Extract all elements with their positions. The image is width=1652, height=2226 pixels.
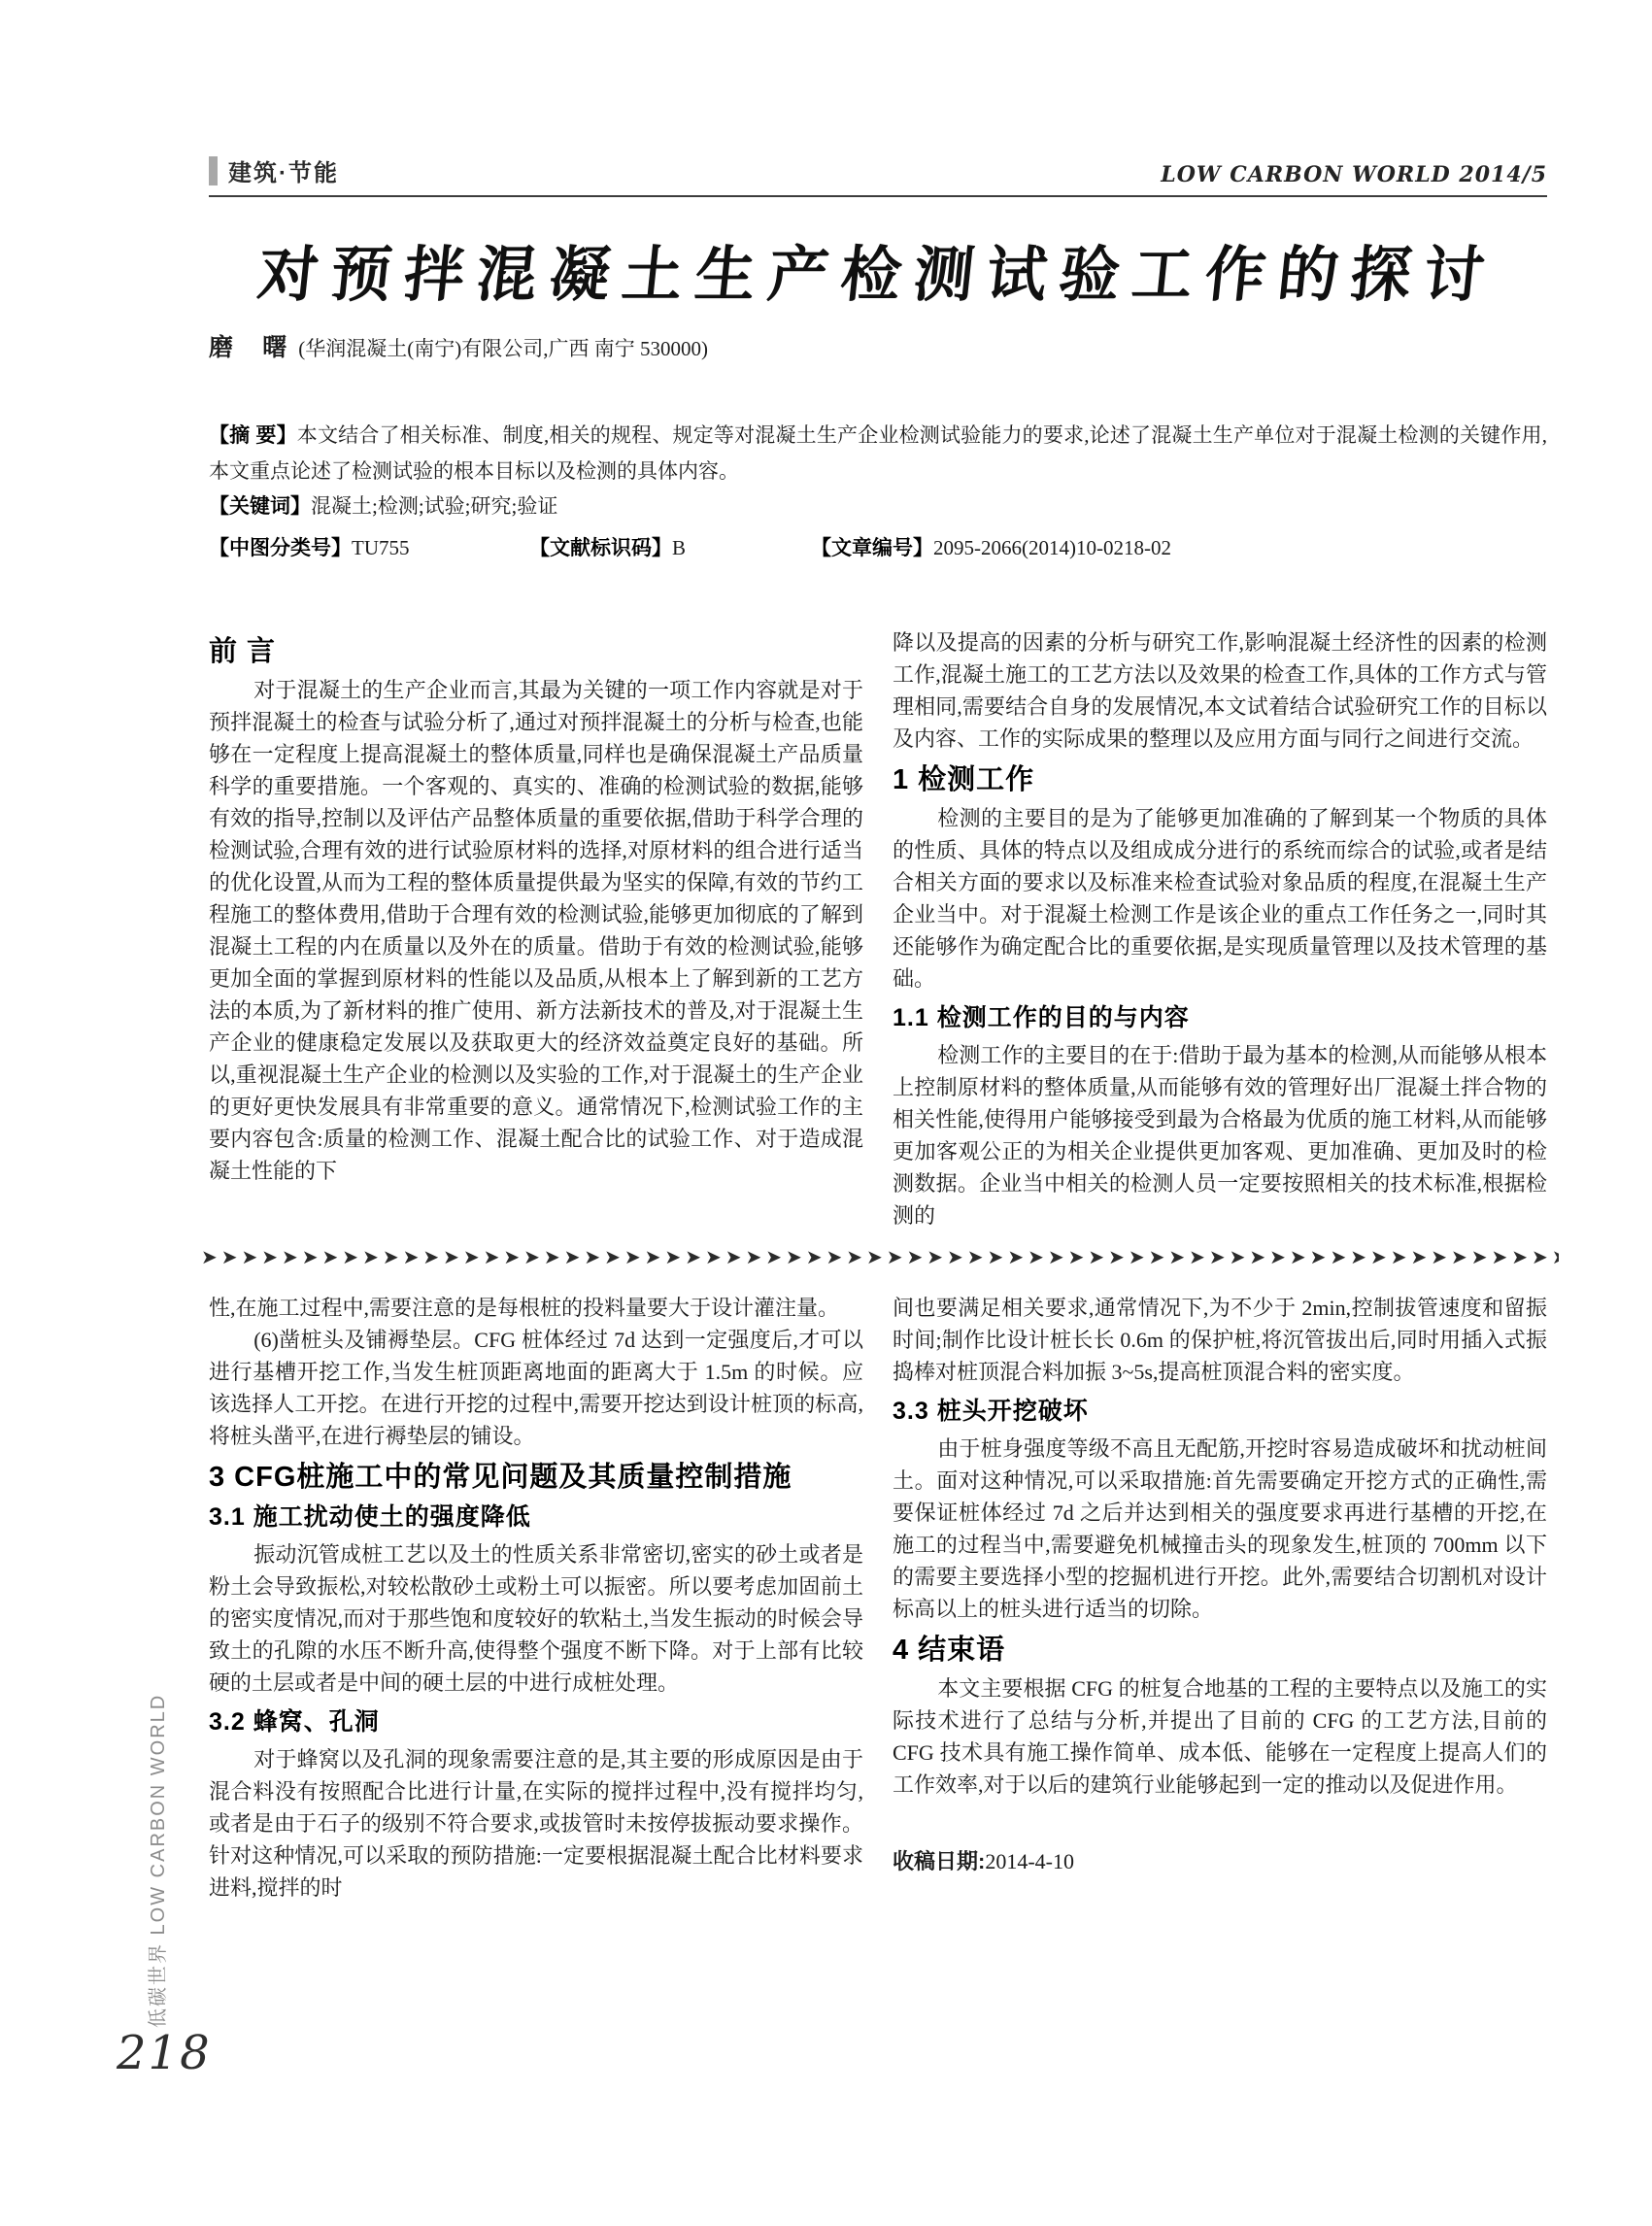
subsection-heading: 3.2 蜂窝、孔洞 [209,1706,863,1738]
abstract-block: 【摘 要】本文结合了相关标准、制度,相关的规程、规定等对混凝土生产企业检测试验能… [209,418,1547,566]
keywords-line: 【关键词】混凝土;检测;试验;研究;验证 [209,489,1547,524]
column-top-left: 前 言对于混凝土的生产企业而言,其最为关键的一项工作内容就是对于预拌混凝土的检查… [209,626,863,1231]
paragraph: 由于桩身强度等级不高且无配筋,开挖时容易造成破坏和扰动桩间土。面对这种情况,可以… [893,1433,1547,1625]
article-id-value: 2095-2066(2014)10-0218-02 [933,536,1171,559]
received-date-label: 收稿日期: [893,1849,985,1873]
section-heading: 1 检测工作 [893,764,1547,796]
abstract-text: 本文结合了相关标准、制度,相关的规程、规定等对混凝土生产企业检测试验能力的要求,… [209,423,1547,483]
subsection-heading: 3.1 施工扰动使土的强度降低 [209,1501,863,1534]
paragraph: 降以及提高的因素的分析与研究工作,影响混凝土经济性的因素的检测工作,混凝土施工的… [893,626,1547,755]
doc-code-item: 【文献标识码】B [529,530,811,566]
column-bottom-left: 性,在施工过程中,需要注意的是每根桩的投料量要大于设计灌注量。(6)凿桩头及铺褥… [209,1292,863,1904]
journal-section-name: 建筑·节能 [209,153,339,187]
section-heading: 前 言 [209,636,863,668]
paragraph: 检测的主要目的是为了能够更加准确的了解到某一个物质的具体的性质、具体的特点以及组… [893,802,1547,995]
column-bottom-right: 间也要满足相关要求,通常情况下,为不少于 2min,控制拔管速度和留振时间;制作… [893,1292,1547,1904]
section-heading: 3 CFG桩施工中的常见问题及其质量控制措施 [209,1462,863,1494]
clc-item: 【中图分类号】TU755 [209,530,529,566]
keywords-text: 混凝土;检测;试验;研究;验证 [311,494,557,518]
clc-label: 【中图分类号】 [209,537,352,559]
author-affiliation: (华润混凝土(南宁)有限公司,广西 南宁 530000) [298,337,708,360]
body-columns-bottom: 性,在施工过程中,需要注意的是每根桩的投料量要大于设计灌注量。(6)凿桩头及铺褥… [209,1292,1547,1904]
article-id-label: 【文章编号】 [811,537,933,559]
doc-code-label: 【文献标识码】 [529,537,672,559]
article-id-item: 【文章编号】2095-2066(2014)10-0218-02 [811,530,1171,566]
masthead: 建筑·节能 LOW CARBON WORLD 2014/5 [209,153,1547,197]
section-marker-bar [209,156,218,185]
keywords-label: 【关键词】 [209,495,311,518]
journal-spine-text: 低碳世界 LOW CARBON WORLD [142,1694,170,2028]
paragraph: 对于蜂窝以及孔洞的现象需要注意的是,其主要的形成原因是由于混合料没有按照配合比进… [209,1743,863,1904]
paragraph: 间也要满足相关要求,通常情况下,为不少于 2min,控制拔管速度和留振时间;制作… [893,1292,1547,1388]
page-content: 建筑·节能 LOW CARBON WORLD 2014/5 对预拌混凝土生产检测… [209,153,1547,1904]
author-line: 磨 曙(华润混凝土(南宁)有限公司,广西 南宁 530000) [209,328,1547,363]
journal-title: LOW CARBON WORLD 2014/5 [1161,162,1547,187]
paragraph: 检测工作的主要目的在于:借助于最为基本的检测,从而能够从根本上控制原材料的整体质… [893,1039,1547,1231]
article-title: 对预拌混凝土生产检测试验工作的探讨 [204,226,1551,313]
subsection-heading: 1.1 检测工作的目的与内容 [893,1002,1547,1034]
section-label: 建筑·节能 [228,153,339,187]
clc-value: TU755 [352,536,410,559]
doc-code-value: B [672,536,686,559]
page-number: 218 [117,2026,212,2080]
subsection-heading: 3.3 桩头开挖破坏 [893,1396,1547,1428]
received-date-value: 2014-4-10 [985,1849,1074,1873]
meta-line: 【中图分类号】TU755 【文献标识码】B 【文章编号】2095-2066(20… [209,530,1547,566]
paragraph: 振动沉管成桩工艺以及土的性质关系非常密切,密实的砂土或者是粉土会导致振松,对较松… [209,1538,863,1699]
arrow-divider: ➤➤➤➤➤➤➤➤➤➤➤➤➤➤➤➤➤➤➤➤➤➤➤➤➤➤➤➤➤➤➤➤➤➤➤➤➤➤➤➤… [201,1245,1559,1268]
body-columns-top: 前 言对于混凝土的生产企业而言,其最为关键的一项工作内容就是对于预拌混凝土的检查… [209,626,1547,1231]
paragraph: (6)凿桩头及铺褥垫层。CFG 桩体经过 7d 达到一定强度后,才可以进行基槽开… [209,1324,863,1452]
paragraph: 对于混凝土的生产企业而言,其最为关键的一项工作内容就是对于预拌混凝土的检查与试验… [209,674,863,1187]
section-heading: 4 结束语 [893,1635,1547,1667]
received-date: 收稿日期:2014-4-10 [893,1845,1547,1877]
paragraph: 本文主要根据 CFG 的桩复合地基的工程的主要特点以及施工的实际技术进行了总结与… [893,1672,1547,1801]
abstract-label: 【摘 要】 [209,424,297,447]
journal-page: 建筑·节能 LOW CARBON WORLD 2014/5 对预拌混凝土生产检测… [0,0,1652,2226]
paragraph: 性,在施工过程中,需要注意的是每根桩的投料量要大于设计灌注量。 [209,1292,863,1324]
column-top-right: 降以及提高的因素的分析与研究工作,影响混凝土经济性的因素的检测工作,混凝土施工的… [893,626,1547,1231]
author-name: 磨 曙 [209,335,298,361]
abstract-paragraph: 【摘 要】本文结合了相关标准、制度,相关的规程、规定等对混凝土生产企业检测试验能… [209,418,1547,489]
